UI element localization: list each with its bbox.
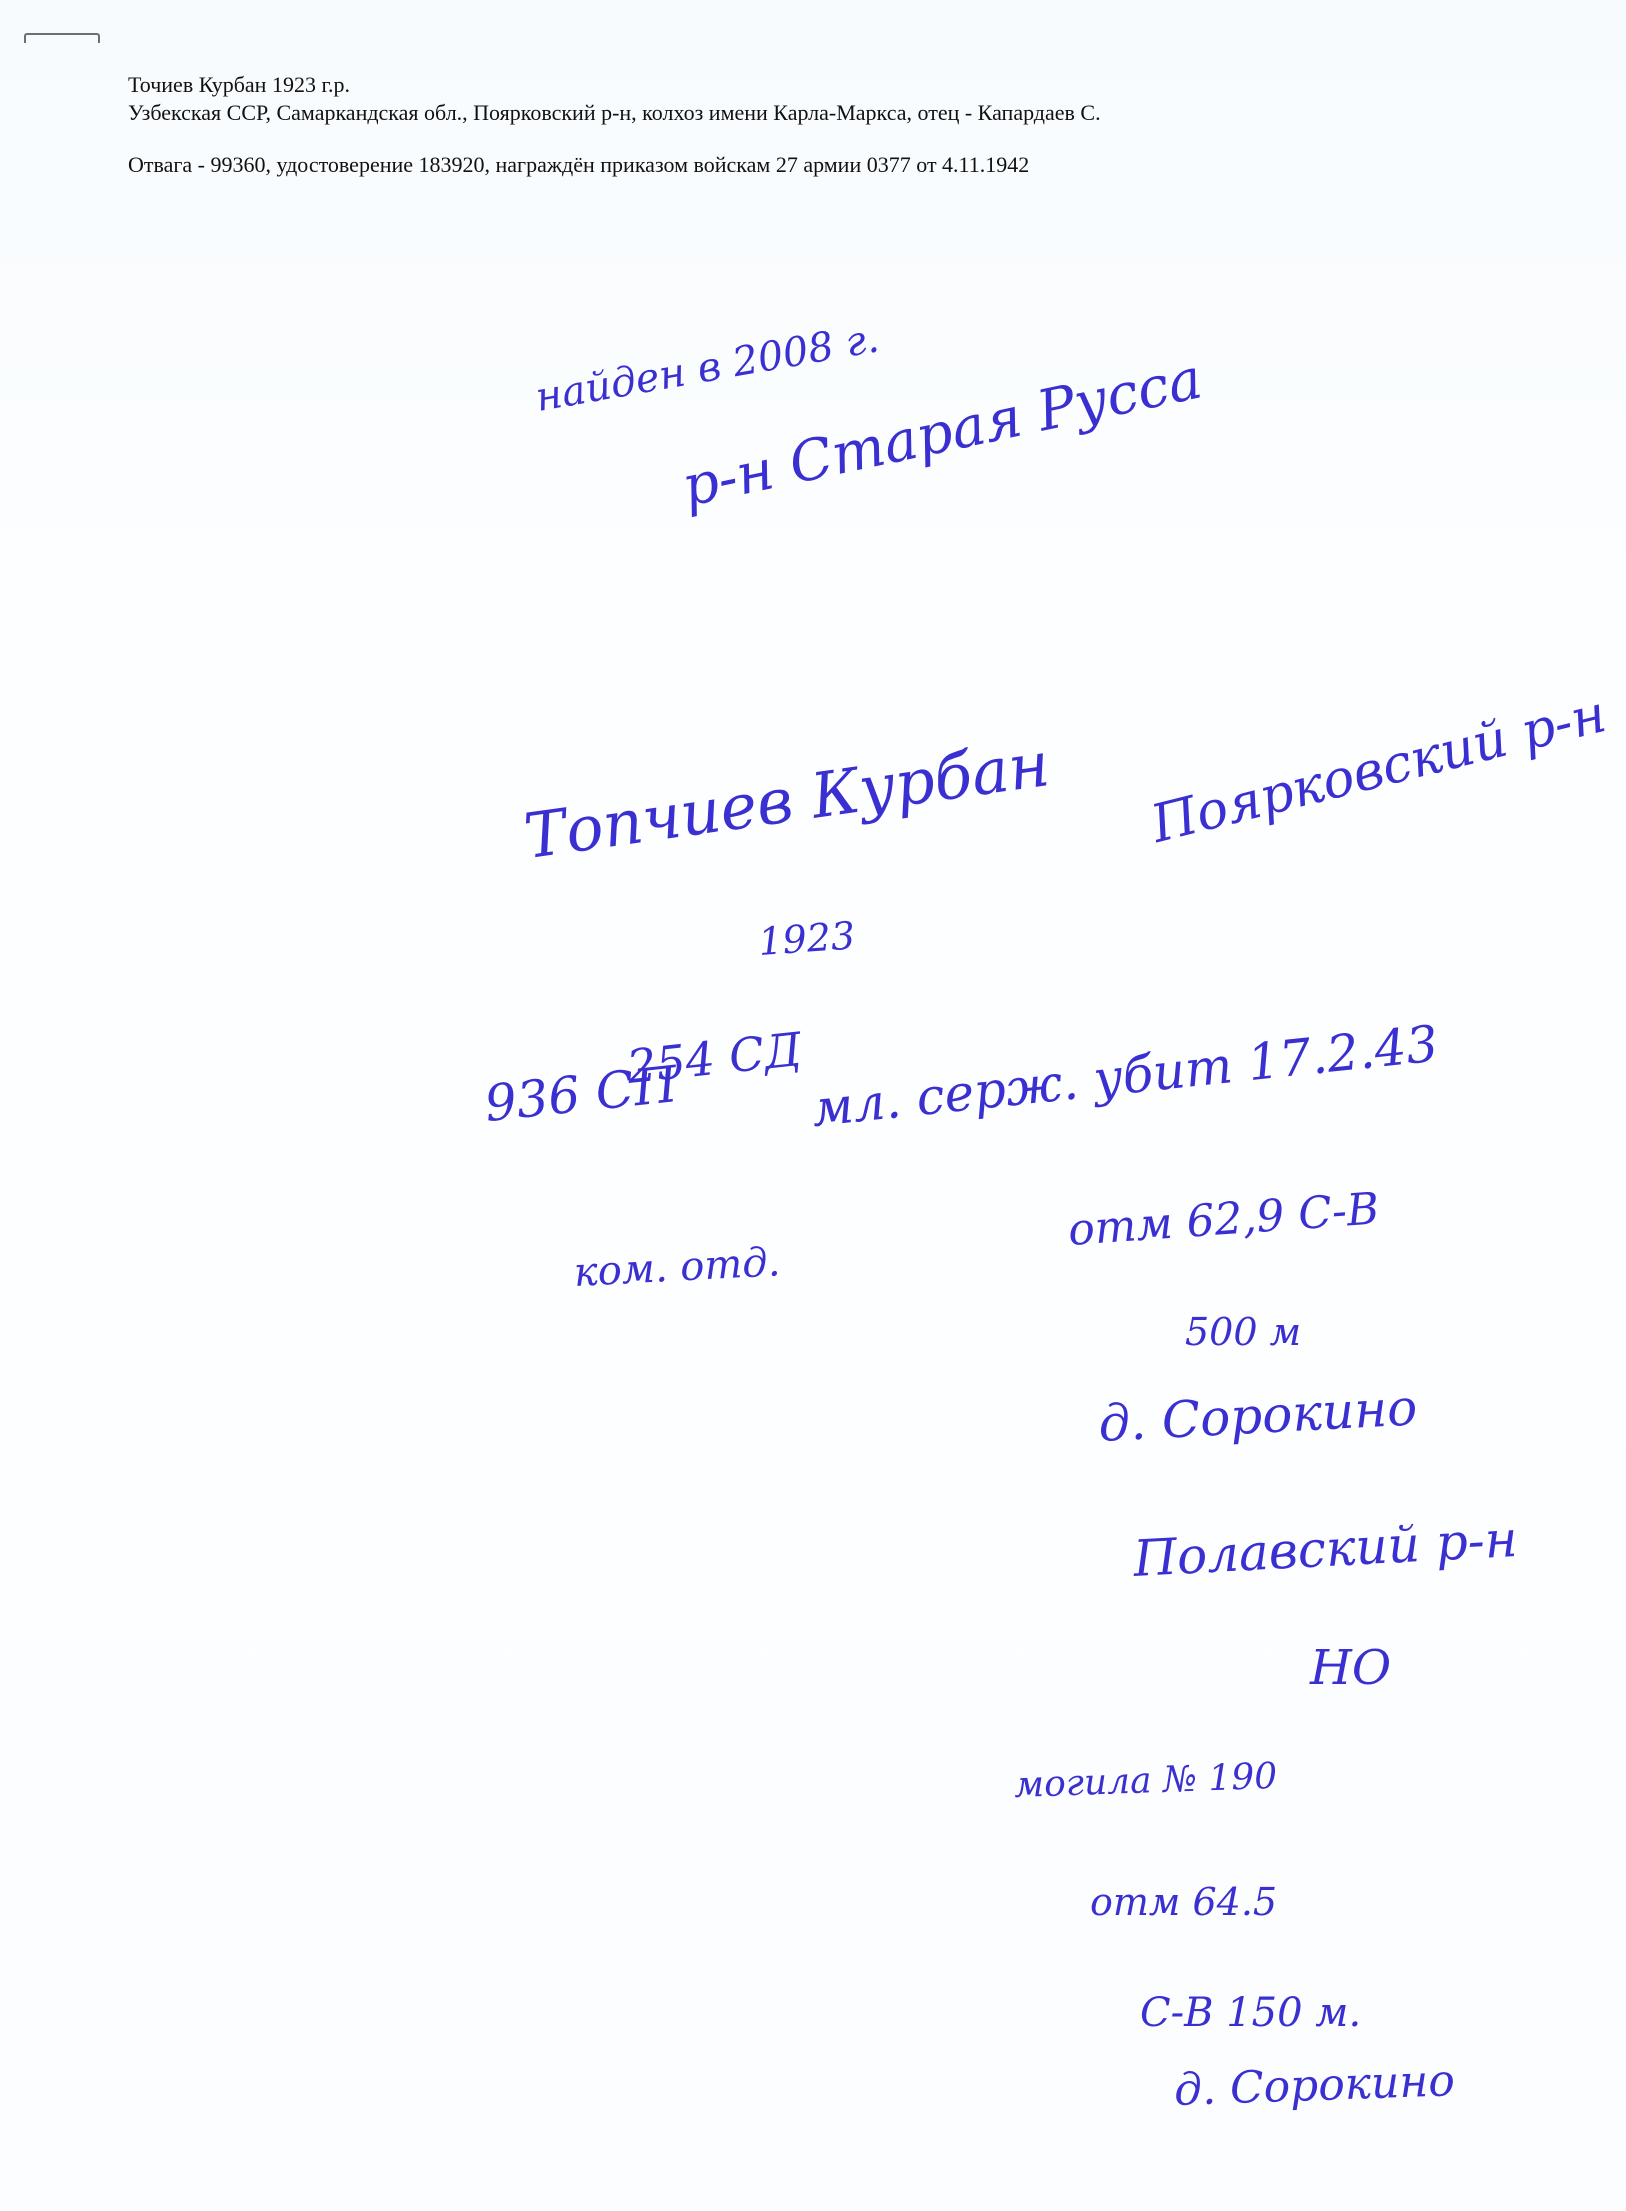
handwritten-distance: 500 м — [1185, 1310, 1301, 1354]
handwritten-grave: могила № 190 — [1014, 1756, 1278, 1806]
handwritten-height-mark-2: отм 64.5 — [1090, 1880, 1277, 1924]
handwritten-region: НО — [1310, 1640, 1391, 1696]
staple-mark — [24, 33, 100, 43]
printed-line-name: Точиев Курбан 1923 г.р. — [128, 72, 350, 98]
handwritten-district: Поярковский р-н — [1145, 684, 1611, 855]
handwritten-height-mark: отм 62,9 С-В — [1066, 1183, 1380, 1256]
scanned-page: Точиев Курбан 1923 г.р. Узбекская ССР, С… — [0, 0, 1626, 2211]
printed-line-award: Отвага - 99360, удостоверение 183920, на… — [128, 152, 1029, 178]
handwritten-raion: Полавский р-н — [1132, 1510, 1519, 1588]
handwritten-name: Топчиев Курбан — [520, 727, 1054, 873]
handwritten-division: 254 СД — [624, 1022, 804, 1094]
handwritten-village-2: д. Сорокино — [1173, 2055, 1455, 2116]
handwritten-found-year: найден в 2008 г. — [532, 315, 882, 421]
printed-line-origin: Узбекская ССР, Самаркандская обл., Поярк… — [128, 100, 1101, 126]
handwritten-rank-killed: мл. серж. убит 17.2.43 — [809, 1015, 1441, 1138]
handwritten-direction-2: С-В 150 м. — [1140, 1990, 1361, 2036]
handwritten-position: ком. отд. — [573, 1239, 782, 1296]
handwritten-village-1: д. Сорокино — [1097, 1378, 1419, 1453]
handwritten-birth-year: 1923 — [757, 913, 857, 964]
